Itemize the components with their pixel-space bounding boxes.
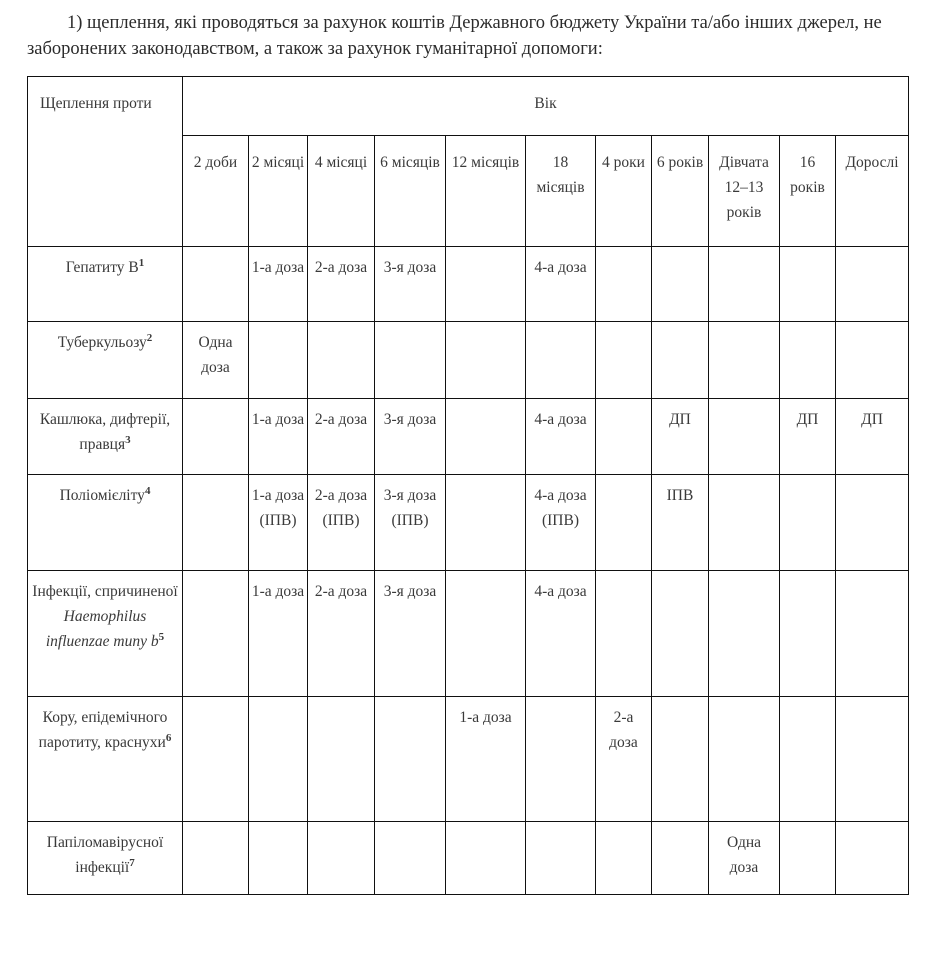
table-row: Гепатиту В11-а доза2-а доза3-я доза4-а д… xyxy=(28,247,909,322)
dose-cell xyxy=(596,399,652,475)
dose-cell: 2-а доза xyxy=(308,247,375,322)
dose-cell: 3-я доза xyxy=(375,571,446,697)
footnote-marker: 6 xyxy=(166,732,172,744)
dose-cell xyxy=(249,322,308,399)
dose-cell xyxy=(183,822,249,895)
table-row: Кашлюка, дифтерії, правця31-а доза2-а до… xyxy=(28,399,909,475)
dose-cell xyxy=(780,475,836,571)
dose-cell: 3-я доза xyxy=(375,399,446,475)
dose-cell: 1-а доза xyxy=(446,697,526,822)
dose-cell xyxy=(526,822,596,895)
disease-cell: Кашлюка, дифтерії, правця3 xyxy=(28,399,183,475)
dose-cell xyxy=(446,822,526,895)
dose-cell xyxy=(249,697,308,822)
dose-cell xyxy=(446,322,526,399)
dose-cell: 2-а доза xyxy=(308,571,375,697)
age-column-header: Дорослі xyxy=(836,136,909,247)
disease-cell: Гепатиту В1 xyxy=(28,247,183,322)
dose-cell xyxy=(183,475,249,571)
dose-cell xyxy=(836,322,909,399)
dose-cell: 3-я доза (ІПВ) xyxy=(375,475,446,571)
dose-cell: Одна доза xyxy=(183,322,249,399)
dose-cell xyxy=(836,475,909,571)
disease-name-italic: Haemophilus influenzae типу b xyxy=(46,608,159,650)
dose-cell: 2-а доза xyxy=(596,697,652,822)
table-row: Кору, епідемічного паротиту, краснухи61-… xyxy=(28,697,909,822)
age-column-header: Дівчата 12–13 років xyxy=(709,136,780,247)
dose-cell xyxy=(596,247,652,322)
footnote-marker: 4 xyxy=(145,485,151,497)
dose-cell xyxy=(780,322,836,399)
dose-cell xyxy=(446,247,526,322)
dose-cell xyxy=(836,697,909,822)
disease-name: Кашлюка, дифтерії, правця xyxy=(40,411,170,453)
age-header: Вік xyxy=(183,77,909,136)
dose-cell: Одна доза xyxy=(709,822,780,895)
dose-cell xyxy=(375,697,446,822)
age-column-header: 12 місяців xyxy=(446,136,526,247)
dose-cell xyxy=(596,822,652,895)
age-column-header: 6 місяців xyxy=(375,136,446,247)
dose-cell xyxy=(183,697,249,822)
age-column-header: 2 доби xyxy=(183,136,249,247)
dose-cell xyxy=(652,247,709,322)
disease-name: Папіломавірусної інфекції xyxy=(47,834,163,876)
footnote-marker: 5 xyxy=(159,631,165,643)
vaccination-schedule-table: Щеплення проти Вік 2 доби2 місяці4 місяц… xyxy=(27,76,909,895)
dose-cell: 2-а доза (ІПВ) xyxy=(308,475,375,571)
dose-cell xyxy=(652,697,709,822)
table-row: Інфекції, спричиненої Haemophilus influe… xyxy=(28,571,909,697)
dose-cell: 1-а доза (ІПВ) xyxy=(249,475,308,571)
disease-cell: Поліомієліту4 xyxy=(28,475,183,571)
footnote-marker: 1 xyxy=(139,257,145,269)
dose-cell xyxy=(308,822,375,895)
corner-header: Щеплення проти xyxy=(28,77,183,247)
dose-cell xyxy=(249,822,308,895)
dose-cell: ДП xyxy=(780,399,836,475)
table-row: Поліомієліту41-а доза (ІПВ)2-а доза (ІПВ… xyxy=(28,475,909,571)
dose-cell xyxy=(709,322,780,399)
dose-cell: 4-а доза (ІПВ) xyxy=(526,475,596,571)
dose-cell: ІПВ xyxy=(652,475,709,571)
dose-cell xyxy=(780,697,836,822)
disease-name: Гепатиту В xyxy=(66,259,139,276)
dose-cell: ДП xyxy=(652,399,709,475)
dose-cell: 1-а доза xyxy=(249,247,308,322)
disease-name: Кору, епідемічного паротиту, краснухи xyxy=(39,709,168,751)
disease-cell: Кору, епідемічного паротиту, краснухи6 xyxy=(28,697,183,822)
dose-cell xyxy=(709,247,780,322)
dose-cell xyxy=(709,697,780,822)
dose-cell xyxy=(183,571,249,697)
dose-cell xyxy=(709,475,780,571)
dose-cell xyxy=(709,399,780,475)
dose-cell: ДП xyxy=(836,399,909,475)
dose-cell: 4-а доза xyxy=(526,571,596,697)
dose-cell xyxy=(446,475,526,571)
dose-cell xyxy=(780,247,836,322)
age-column-header: 16 років xyxy=(780,136,836,247)
footnote-marker: 7 xyxy=(129,857,135,869)
dose-cell: 3-я доза xyxy=(375,247,446,322)
table-row: Туберкульозу2Одна доза xyxy=(28,322,909,399)
dose-cell xyxy=(375,322,446,399)
dose-cell xyxy=(526,697,596,822)
dose-cell: 2-а доза xyxy=(308,399,375,475)
dose-cell: 4-а доза xyxy=(526,399,596,475)
dose-cell xyxy=(836,822,909,895)
age-column-header: 4 роки xyxy=(596,136,652,247)
dose-cell xyxy=(780,571,836,697)
table-body: Гепатиту В11-а доза2-а доза3-я доза4-а д… xyxy=(28,247,909,895)
disease-name: Туберкульозу xyxy=(58,334,147,351)
footnote-marker: 3 xyxy=(125,434,131,446)
dose-cell: 1-а доза xyxy=(249,571,308,697)
dose-cell: 4-а доза xyxy=(526,247,596,322)
dose-cell xyxy=(375,822,446,895)
dose-cell xyxy=(596,475,652,571)
dose-cell xyxy=(183,399,249,475)
disease-cell: Папіломавірусної інфекції7 xyxy=(28,822,183,895)
age-column-header: 2 місяці xyxy=(249,136,308,247)
age-column-header: 4 місяці xyxy=(308,136,375,247)
dose-cell xyxy=(652,822,709,895)
footnote-marker: 2 xyxy=(147,332,153,344)
dose-cell xyxy=(596,571,652,697)
dose-cell xyxy=(780,822,836,895)
dose-cell xyxy=(526,322,596,399)
dose-cell xyxy=(836,571,909,697)
dose-cell xyxy=(709,571,780,697)
dose-cell xyxy=(596,322,652,399)
disease-cell: Інфекції, спричиненої Haemophilus influe… xyxy=(28,571,183,697)
dose-cell xyxy=(308,697,375,822)
dose-cell xyxy=(308,322,375,399)
dose-cell xyxy=(446,399,526,475)
table-row: Папіломавірусної інфекції7Одна доза xyxy=(28,822,909,895)
dose-cell xyxy=(836,247,909,322)
intro-paragraph: 1) щеплення, які проводяться за рахунок … xyxy=(27,10,911,62)
age-column-header: 18 місяців xyxy=(526,136,596,247)
dose-cell xyxy=(183,247,249,322)
disease-cell: Туберкульозу2 xyxy=(28,322,183,399)
dose-cell xyxy=(446,571,526,697)
disease-name: Поліомієліту xyxy=(60,487,145,504)
disease-name: Інфекції, спричиненої xyxy=(32,583,177,600)
dose-cell: 1-а доза xyxy=(249,399,308,475)
dose-cell xyxy=(652,322,709,399)
age-column-header: 6 років xyxy=(652,136,709,247)
dose-cell xyxy=(652,571,709,697)
